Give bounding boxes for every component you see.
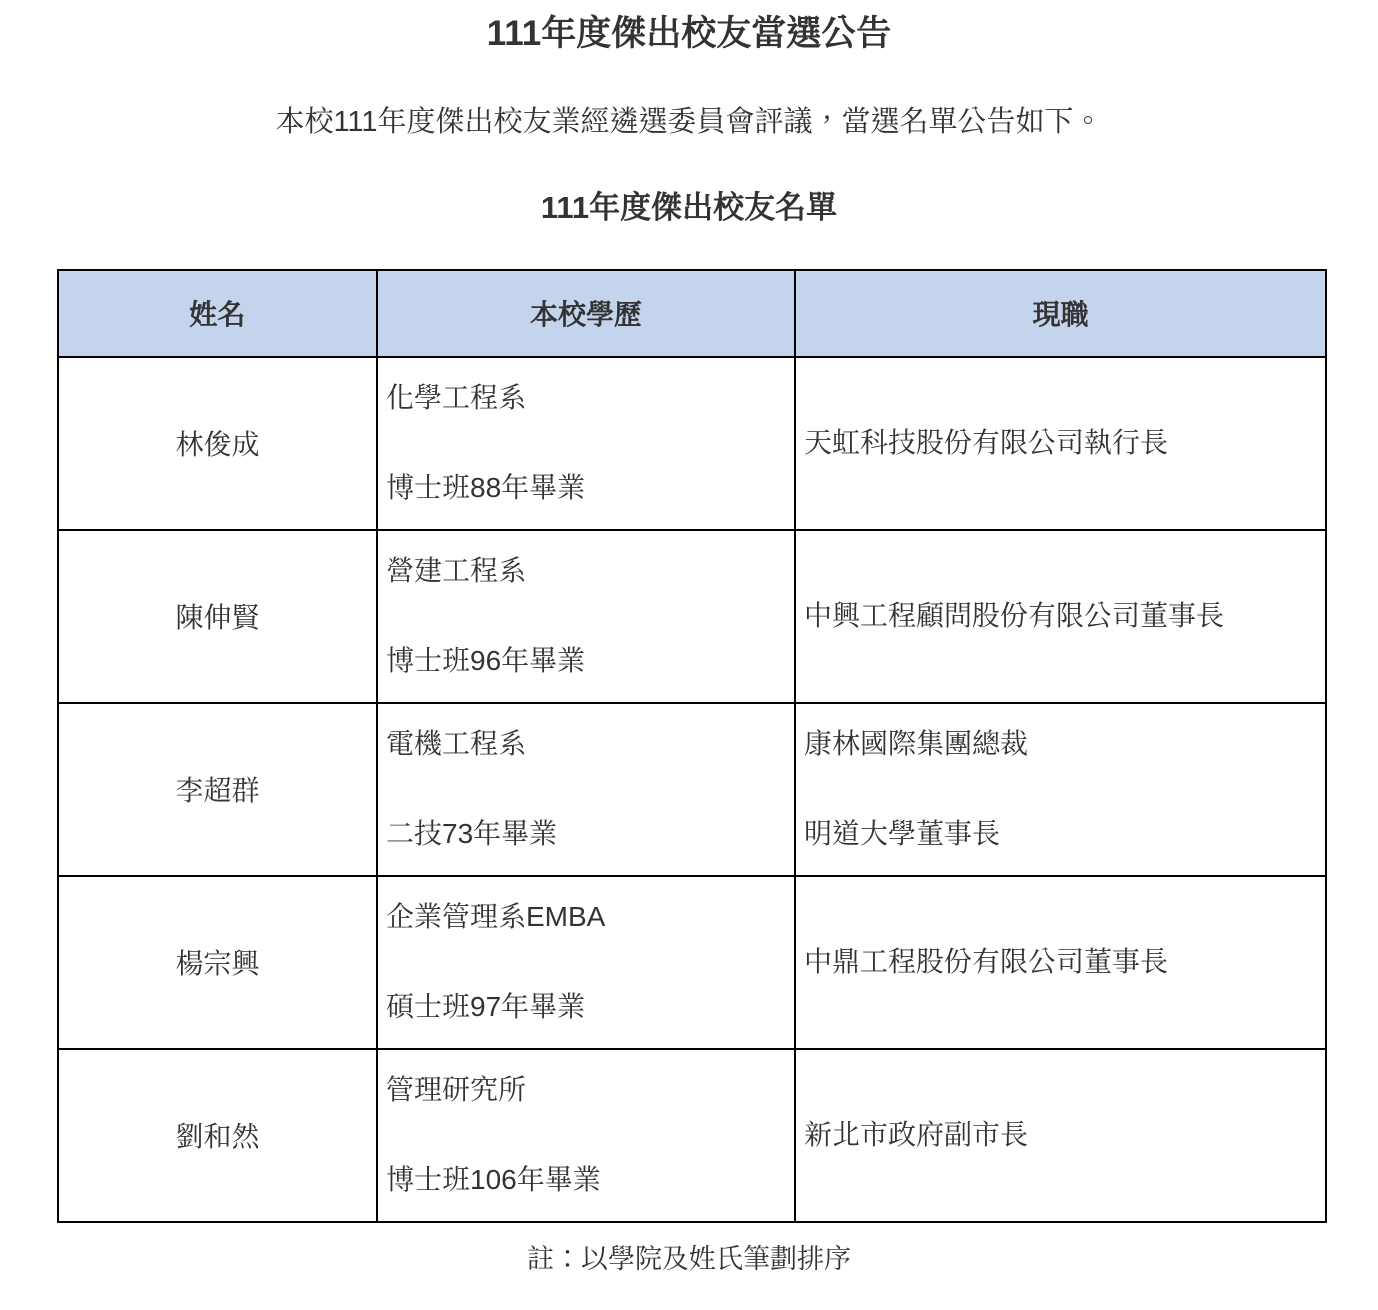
- table-row: 楊宗興 企業管理系EMBA 碩士班97年畢業 中鼎工程股份有限公司董事長: [58, 876, 1326, 1049]
- header-position: 現職: [795, 270, 1326, 357]
- alumnus-education: 管理研究所 博士班106年畢業: [377, 1049, 795, 1222]
- education-line: 企業管理系EMBA: [386, 895, 786, 939]
- table-row: 林俊成 化學工程系 博士班88年畢業 天虹科技股份有限公司執行長: [58, 357, 1326, 530]
- table-header: 姓名 本校學歷 現職: [58, 270, 1326, 357]
- education-line: 電機工程系: [386, 722, 786, 766]
- alumnus-education: 企業管理系EMBA 碩士班97年畢業: [377, 876, 795, 1049]
- education-line: 博士班88年畢業: [386, 466, 786, 510]
- table-row: 劉和然 管理研究所 博士班106年畢業 新北市政府副市長: [58, 1049, 1326, 1222]
- alumni-table: 姓名 本校學歷 現職 林俊成 化學工程系 博士班88年畢業 天虹科技股份有限公司…: [57, 269, 1327, 1223]
- alumnus-position: 康林國際集團總裁 明道大學董事長: [795, 703, 1326, 876]
- alumnus-education: 電機工程系 二技73年畢業: [377, 703, 795, 876]
- table-row: 李超群 電機工程系 二技73年畢業 康林國際集團總裁 明道大學董事長: [58, 703, 1326, 876]
- footnote: 註：以學院及姓氏筆劃排序: [0, 1241, 1378, 1279]
- education-line: 營建工程系: [386, 549, 786, 593]
- alumnus-education: 化學工程系 博士班88年畢業: [377, 357, 795, 530]
- education-line: 博士班96年畢業: [386, 639, 786, 683]
- alumnus-position: 天虹科技股份有限公司執行長: [795, 357, 1326, 530]
- education-line: 管理研究所: [386, 1068, 786, 1112]
- table-title: 111年度傑出校友名單: [0, 188, 1378, 228]
- position-line: 康林國際集團總裁: [804, 722, 1317, 766]
- education-line: 二技73年畢業: [386, 812, 786, 856]
- position-line: 中鼎工程股份有限公司董事長: [804, 940, 1317, 984]
- education-line: 博士班106年畢業: [386, 1158, 786, 1202]
- header-education: 本校學歷: [377, 270, 795, 357]
- header-name: 姓名: [58, 270, 377, 357]
- education-line: 化學工程系: [386, 376, 786, 420]
- announcement-page: 111年度傑出校友當選公告 本校111年度傑出校友業經遴選委員會評議，當選名單公…: [0, 12, 1378, 1310]
- alumnus-name: 林俊成: [58, 357, 377, 530]
- position-line: 中興工程顧問股份有限公司董事長: [804, 594, 1317, 638]
- education-line: 碩士班97年畢業: [386, 985, 786, 1029]
- alumnus-name: 陳伸賢: [58, 530, 377, 703]
- alumnus-position: 中興工程顧問股份有限公司董事長: [795, 530, 1326, 703]
- position-line: 明道大學董事長: [804, 812, 1317, 856]
- position-line: 天虹科技股份有限公司執行長: [804, 421, 1317, 465]
- alumnus-name: 李超群: [58, 703, 377, 876]
- position-line: 新北市政府副市長: [804, 1113, 1317, 1157]
- intro-paragraph: 本校111年度傑出校友業經遴選委員會評議，當選名單公告如下。: [0, 102, 1378, 143]
- alumnus-position: 新北市政府副市長: [795, 1049, 1326, 1222]
- alumnus-name: 劉和然: [58, 1049, 377, 1222]
- table-body: 林俊成 化學工程系 博士班88年畢業 天虹科技股份有限公司執行長 陳伸賢 營建工…: [58, 357, 1326, 1222]
- alumnus-name: 楊宗興: [58, 876, 377, 1049]
- page-title: 111年度傑出校友當選公告: [0, 12, 1378, 56]
- header-row: 姓名 本校學歷 現職: [58, 270, 1326, 357]
- table-row: 陳伸賢 營建工程系 博士班96年畢業 中興工程顧問股份有限公司董事長: [58, 530, 1326, 703]
- alumnus-education: 營建工程系 博士班96年畢業: [377, 530, 795, 703]
- alumnus-position: 中鼎工程股份有限公司董事長: [795, 876, 1326, 1049]
